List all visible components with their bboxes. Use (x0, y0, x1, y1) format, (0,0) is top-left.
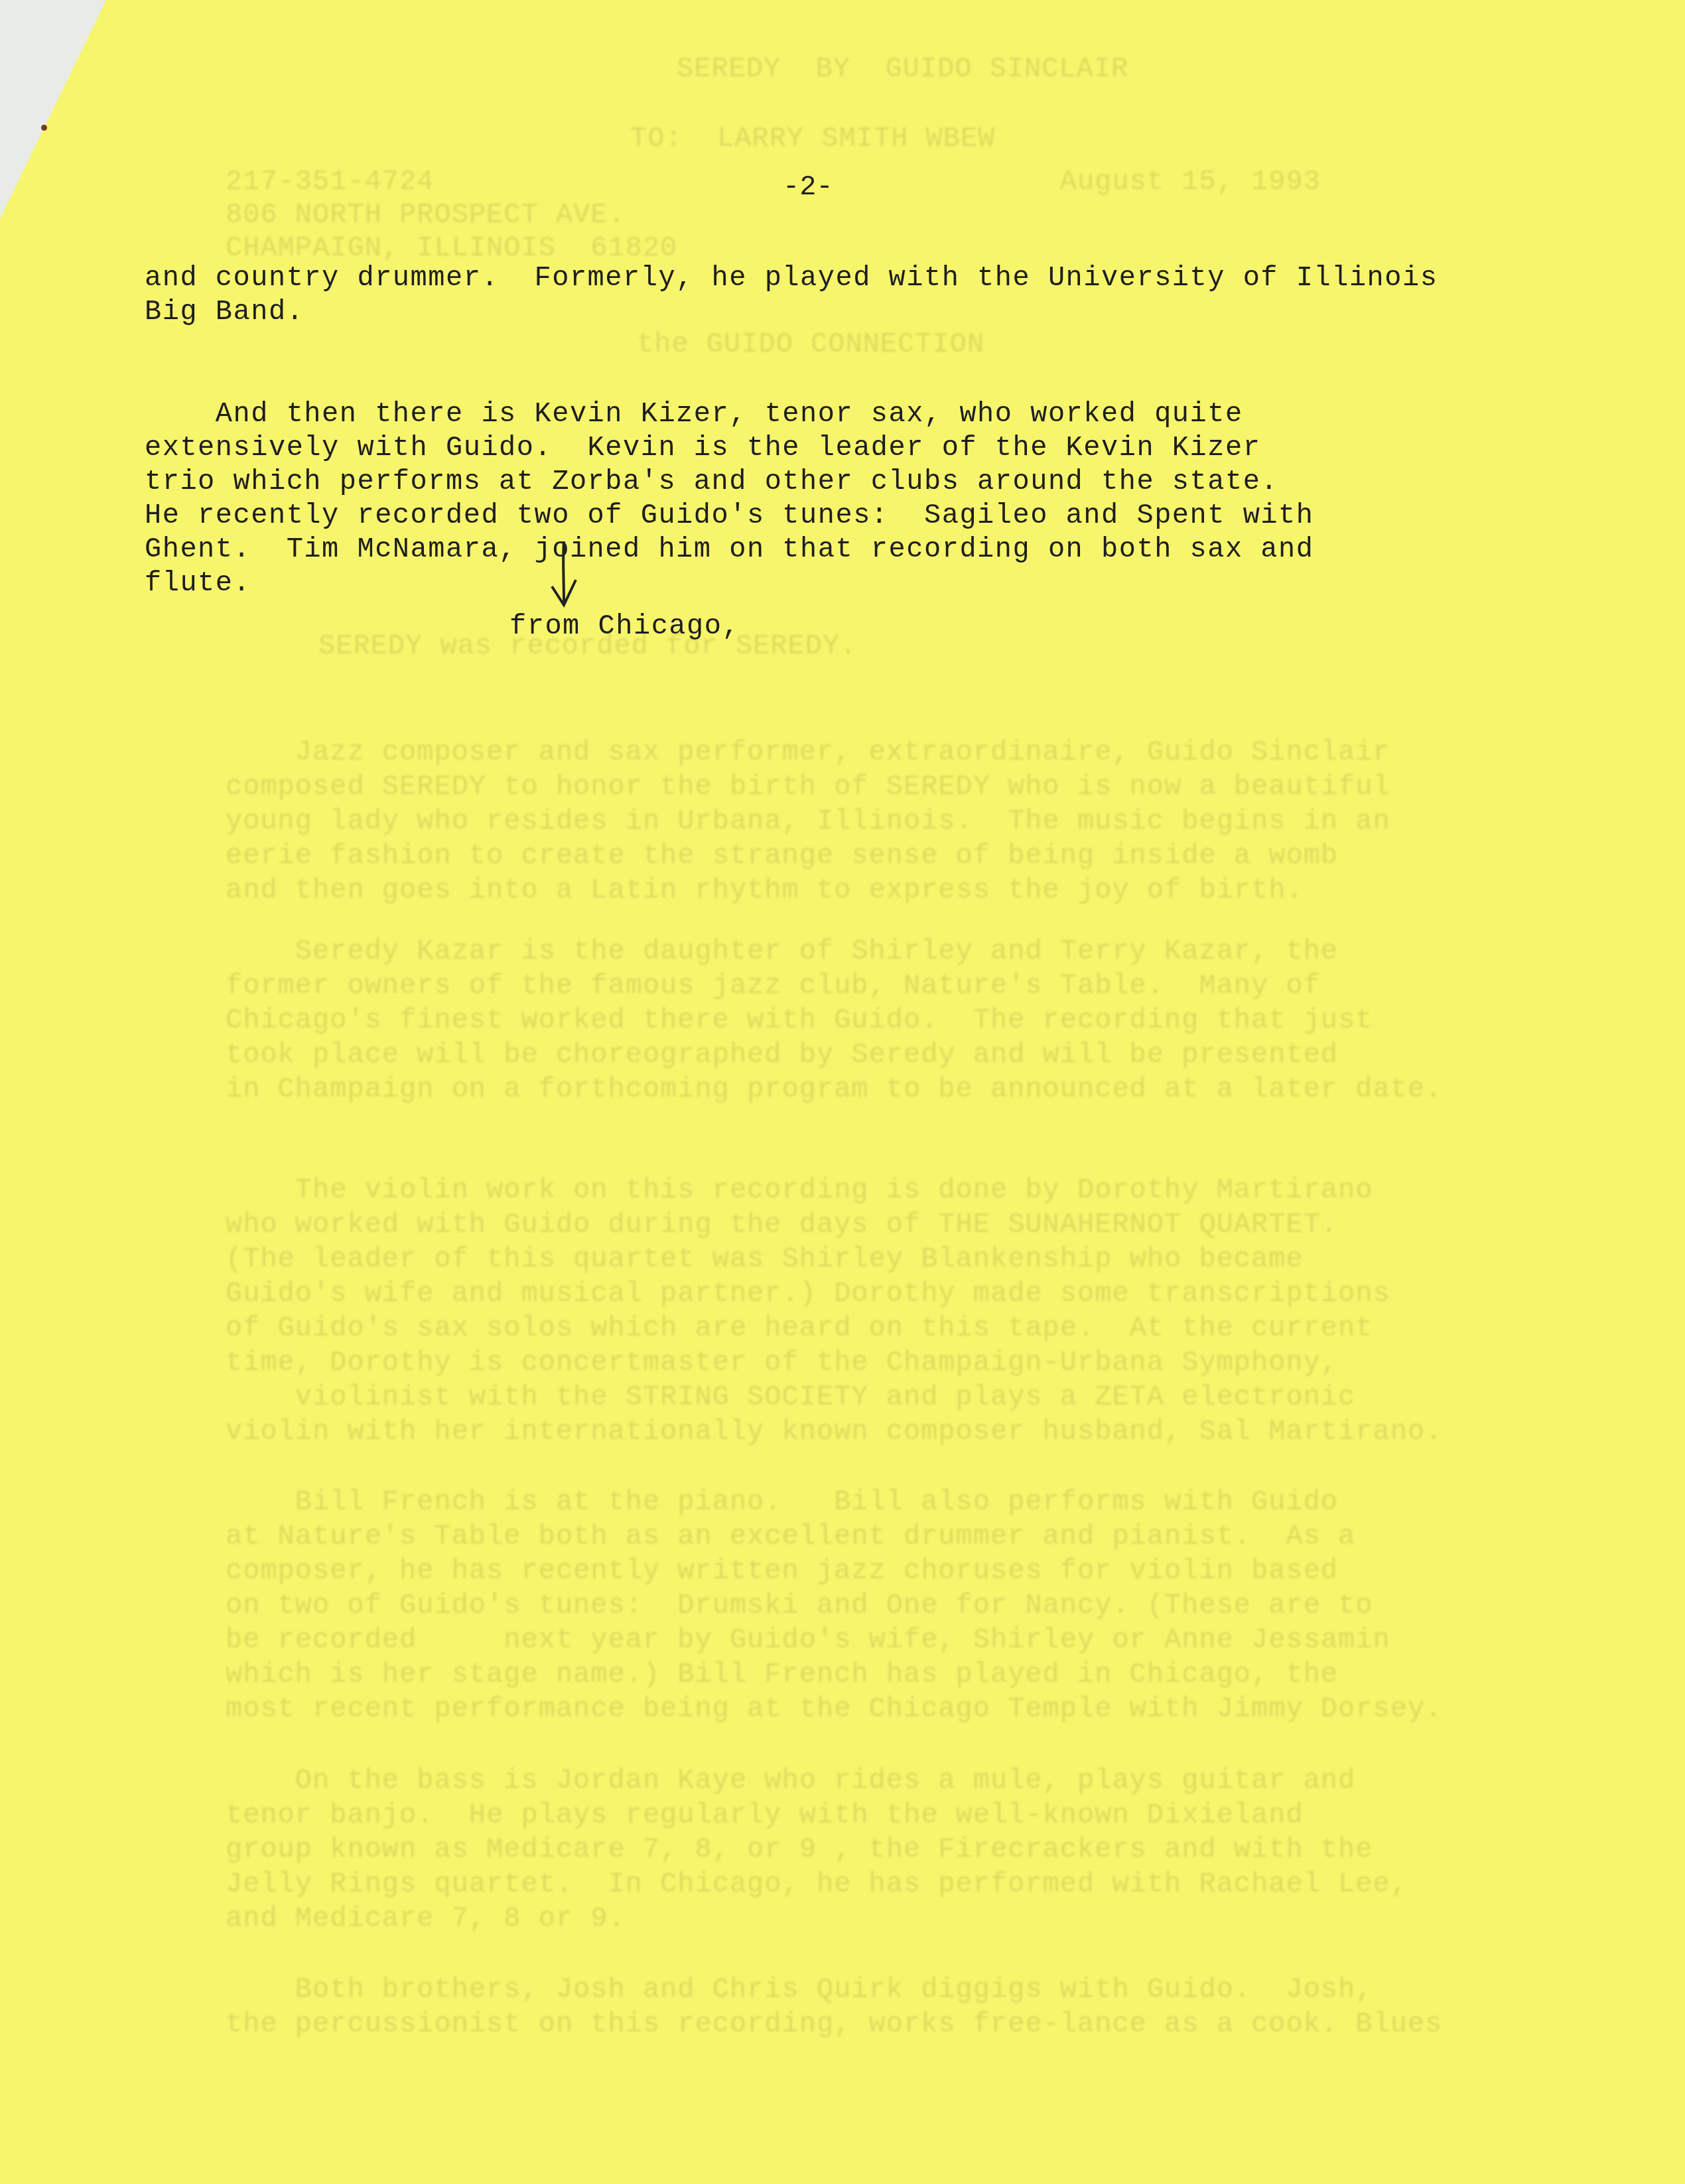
bleed-through-line: 217-351-4724 August 15, 1993 (226, 166, 1321, 198)
bleed-through-line: violin with her internationally known co… (226, 1416, 1442, 1448)
bleed-through-line: be recorded next year by Guido's wife, S… (226, 1624, 1390, 1656)
bleed-through-line: group known as Medicare 7, 8, or 9 , the… (226, 1834, 1373, 1866)
body-line: flute. (145, 567, 251, 599)
body-line: He recently recorded two of Guido's tune… (145, 500, 1314, 531)
bleed-through-line: Jelly Rings quartet. In Chicago, he has … (226, 1868, 1408, 1900)
body-line: And then there is Kevin Kizer, tenor sax… (145, 398, 1243, 430)
bleed-through-line: tenor banjo. He plays regularly with the… (226, 1799, 1304, 1831)
bleed-through-line: most recent performance being at the Chi… (226, 1693, 1442, 1725)
body-line: Ghent. Tim McNamara, joined him on that … (145, 533, 1314, 565)
bleed-through-line: CHAMPAIGN, ILLINOIS 61820 (226, 232, 677, 264)
page-number: -2- (783, 171, 833, 203)
bleed-through-line: Chicago's finest worked there with Guido… (226, 1004, 1373, 1036)
body-line: extensively with Guido. Kevin is the lea… (145, 432, 1260, 464)
body-line: Big Band. (145, 296, 304, 328)
bleed-through-line: Guido's wife and musical partner.) Dorot… (226, 1278, 1390, 1310)
bleed-through-line: violinist with the STRING SOCIETY and pl… (226, 1381, 1355, 1413)
folded-corner (0, 0, 106, 219)
bleed-through-line: on two of Guido's tunes: Drumski and One… (226, 1590, 1373, 1621)
bleed-through-line: the GUIDO CONNECTION (637, 328, 984, 360)
bleed-through-line: Both brothers, Josh and Chris Quirk digg… (226, 1974, 1373, 2006)
body-line: trio which performs at Zorba's and other… (145, 466, 1278, 498)
bleed-through-line: SEREDY BY GUIDO SINCLAIR (677, 53, 1128, 85)
bleed-through-line: and then goes into a Latin rhythm to exp… (226, 874, 1304, 906)
bleed-through-line: at Nature's Table both as an excellent d… (226, 1521, 1355, 1552)
bleed-through-line: On the bass is Jordan Kaye who rides a m… (226, 1765, 1355, 1797)
bleed-through-line: who worked with Guido during the days of… (226, 1209, 1338, 1241)
bleed-through-line: composer, he has recently written jazz c… (226, 1555, 1338, 1587)
bleed-through-line: Seredy Kazar is the daughter of Shirley … (226, 935, 1338, 967)
insertion-arrow-icon (544, 539, 584, 612)
bleed-through-line: time, Dorothy is concertmaster of the Ch… (226, 1347, 1338, 1379)
bleed-through-line: The violin work on this recording is don… (226, 1174, 1373, 1206)
bleed-through-line: eerie fashion to create the strange sens… (226, 840, 1338, 872)
bleed-through-line: in Champaign on a forthcoming program to… (226, 1073, 1442, 1105)
bleed-through-line: 806 NORTH PROSPECT AVE. (226, 199, 626, 231)
bleed-through-line: TO: LARRY SMITH WBEW (630, 123, 995, 155)
bleed-through-line: Jazz composer and sax performer, extraor… (226, 736, 1390, 768)
bleed-through-line: of Guido's sax solos which are heard on … (226, 1312, 1373, 1344)
staple-mark (41, 125, 47, 131)
body-line: and country drummer. Formerly, he played… (145, 262, 1438, 294)
bleed-through-line: former owners of the famous jazz club, N… (226, 970, 1321, 1002)
bleed-through-line: the percussionist on this recording, wor… (226, 2008, 1442, 2040)
bleed-through-line: (The leader of this quartet was Shirley … (226, 1243, 1304, 1275)
bleed-through-line: took place will be choreographed by Sere… (226, 1039, 1338, 1071)
handwritten-insert: from Chicago, (509, 610, 740, 642)
bleed-through-line: Bill French is at the piano. Bill also p… (226, 1486, 1338, 1518)
bleed-through-line: composed SEREDY to honor the birth of SE… (226, 771, 1390, 803)
bleed-through-line: and Medicare 7, 8 or 9. (226, 1903, 626, 1935)
bleed-through-line: young lady who resides in Urbana, Illino… (226, 805, 1390, 837)
bleed-through-line: which is her stage name.) Bill French ha… (226, 1659, 1338, 1690)
